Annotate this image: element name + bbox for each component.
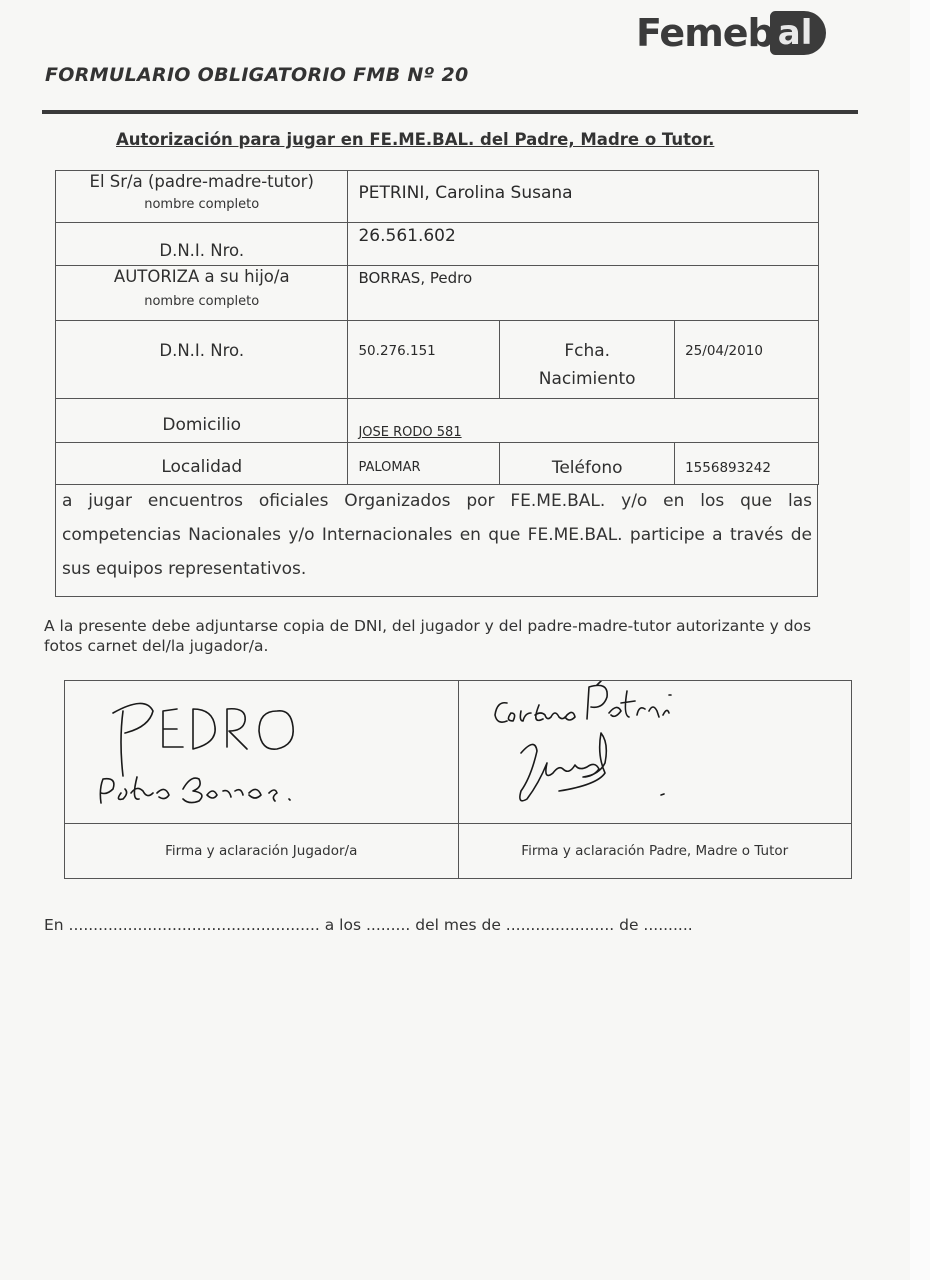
- birth-date-field[interactable]: 25/04/2010: [675, 321, 819, 399]
- child-name-field[interactable]: BORRAS, Pedro: [348, 266, 819, 321]
- logo-badge: al: [770, 11, 827, 55]
- femebal-logo: Femebal: [636, 10, 826, 56]
- player-signature-icon: [65, 681, 458, 823]
- parent-dni-row: D.N.I. Nro. 26.561.602: [56, 223, 819, 266]
- player-signature-caption: Firma y aclaración Jugador/a: [65, 824, 459, 879]
- city-value: PALOMAR: [358, 460, 499, 475]
- child-dni-label-cell: D.N.I. Nro.: [56, 321, 348, 399]
- child-name-value: BORRAS, Pedro: [358, 269, 818, 287]
- logo-text: Femeb: [636, 11, 774, 55]
- child-dni-label: D.N.I. Nro.: [56, 341, 347, 360]
- authorization-table: El Sr/a (padre-madre-tutor) nombre compl…: [55, 170, 819, 485]
- parent-signature-icon: [459, 681, 852, 823]
- child-dni-value: 50.276.151: [358, 343, 499, 359]
- parent-label: El Sr/a (padre-madre-tutor): [56, 172, 347, 191]
- parent-dni-label: D.N.I. Nro.: [56, 241, 347, 260]
- parent-sublabel: nombre completo: [56, 197, 347, 212]
- birth-date-label-cell: Fcha. Nacimiento: [500, 321, 675, 399]
- birth-date-label-1: Fcha.: [500, 341, 674, 361]
- address-label-cell: Domicilio: [56, 399, 348, 443]
- child-label-cell: AUTORIZA a su hijo/a nombre completo: [56, 266, 348, 321]
- address-field[interactable]: JOSE RODO 581: [348, 399, 819, 443]
- phone-label: Teléfono: [500, 458, 674, 478]
- place-date-line[interactable]: En .....................................…: [44, 916, 693, 934]
- page-edge: [910, 0, 930, 1280]
- signature-table: Firma y aclaración Jugador/a Firma y acl…: [64, 680, 852, 879]
- parent-name-value: PETRINI, Carolina Susana: [358, 183, 818, 203]
- parent-label-cell: El Sr/a (padre-madre-tutor) nombre compl…: [56, 171, 348, 223]
- phone-value: 1556893242: [685, 460, 818, 476]
- address-value: JOSE RODO 581: [358, 425, 818, 440]
- authorization-text: a jugar encuentros oficiales Organizados…: [55, 484, 818, 597]
- child-dni-field[interactable]: 50.276.151: [348, 321, 500, 399]
- attachments-note: A la presente debe adjuntarse copia de D…: [44, 616, 824, 656]
- address-label: Domicilio: [56, 415, 347, 435]
- address-row: Domicilio JOSE RODO 581: [56, 399, 819, 443]
- parent-signature-caption: Firma y aclaración Padre, Madre o Tutor: [458, 824, 852, 879]
- child-dni-row: D.N.I. Nro. 50.276.151 Fcha. Nacimiento …: [56, 321, 819, 399]
- birth-date-value: 25/04/2010: [685, 343, 818, 359]
- birth-date-label-2: Nacimiento: [500, 369, 674, 389]
- parent-name-row: El Sr/a (padre-madre-tutor) nombre compl…: [56, 171, 819, 223]
- parent-signature-box[interactable]: [458, 681, 852, 824]
- header-divider: [42, 110, 858, 114]
- city-label: Localidad: [56, 457, 347, 477]
- parent-dni-value: 26.561.602: [358, 226, 818, 246]
- city-field[interactable]: PALOMAR: [348, 443, 500, 485]
- child-name-row: AUTORIZA a su hijo/a nombre completo BOR…: [56, 266, 819, 321]
- city-label-cell: Localidad: [56, 443, 348, 485]
- parent-dni-field[interactable]: 26.561.602: [348, 223, 819, 266]
- city-row: Localidad PALOMAR Teléfono 1556893242: [56, 443, 819, 485]
- child-sublabel: nombre completo: [56, 294, 347, 309]
- parent-dni-label-cell: D.N.I. Nro.: [56, 223, 348, 266]
- phone-field[interactable]: 1556893242: [675, 443, 819, 485]
- form-title: FORMULARIO OBLIGATORIO FMB Nº 20: [45, 64, 469, 86]
- phone-label-cell: Teléfono: [500, 443, 675, 485]
- form-subtitle: Autorización para jugar en FE.ME.BAL. de…: [116, 130, 714, 149]
- player-signature-box[interactable]: [65, 681, 459, 824]
- child-label: AUTORIZA a su hijo/a: [56, 267, 347, 286]
- parent-name-field[interactable]: PETRINI, Carolina Susana: [348, 171, 819, 223]
